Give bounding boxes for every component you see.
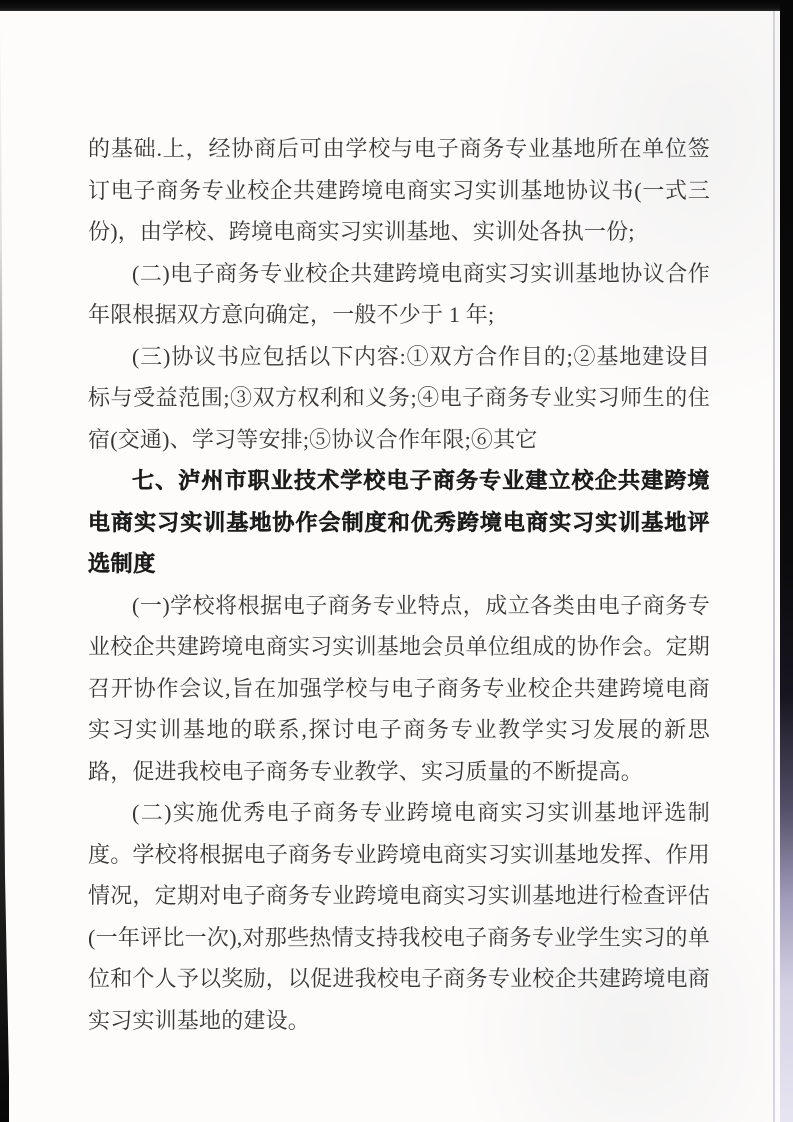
paragraph-section7-item-2: (二)实施优秀电子商务专业跨境电商实习实训基地评选制度。学校将根据电子商务专业跨… [88,792,710,1041]
scanned-page: 的基础.上，经协商后可由学校与电子商务专业基地所在单位签订电子商务专业校企共建跨… [0,0,793,1122]
paragraph-continuation: 的基础.上，经协商后可由学校与电子商务专业基地所在单位签订电子商务专业校企共建跨… [88,128,710,253]
paragraph-item-2: (二)电子商务专业校企共建跨境电商实习实训基地协议合作年限根据双方意向确定，一般… [88,253,710,336]
scan-edge-top [0,0,793,11]
scan-edge-right [780,0,793,1122]
paragraph-item-3: (三)协议书应包括以下内容:①双方合作目的;②基地建设目标与受益范围;③双方权利… [88,336,710,461]
paragraph-section7-item-1: (一)学校将根据电子商务专业特点，成立各类由电子商务专业校企共建跨境电商实习实训… [88,585,710,793]
document-text-block: 的基础.上，经协商后可由学校与电子商务专业基地所在单位签订电子商务专业校企共建跨… [88,128,710,1041]
scan-right-fold-line [773,11,775,1122]
scan-edge-left [0,0,9,1122]
section-heading-7: 七、泸州市职业技术学校电子商务专业建立校企共建跨境电商实习实训基地协作会制度和优… [88,460,710,585]
